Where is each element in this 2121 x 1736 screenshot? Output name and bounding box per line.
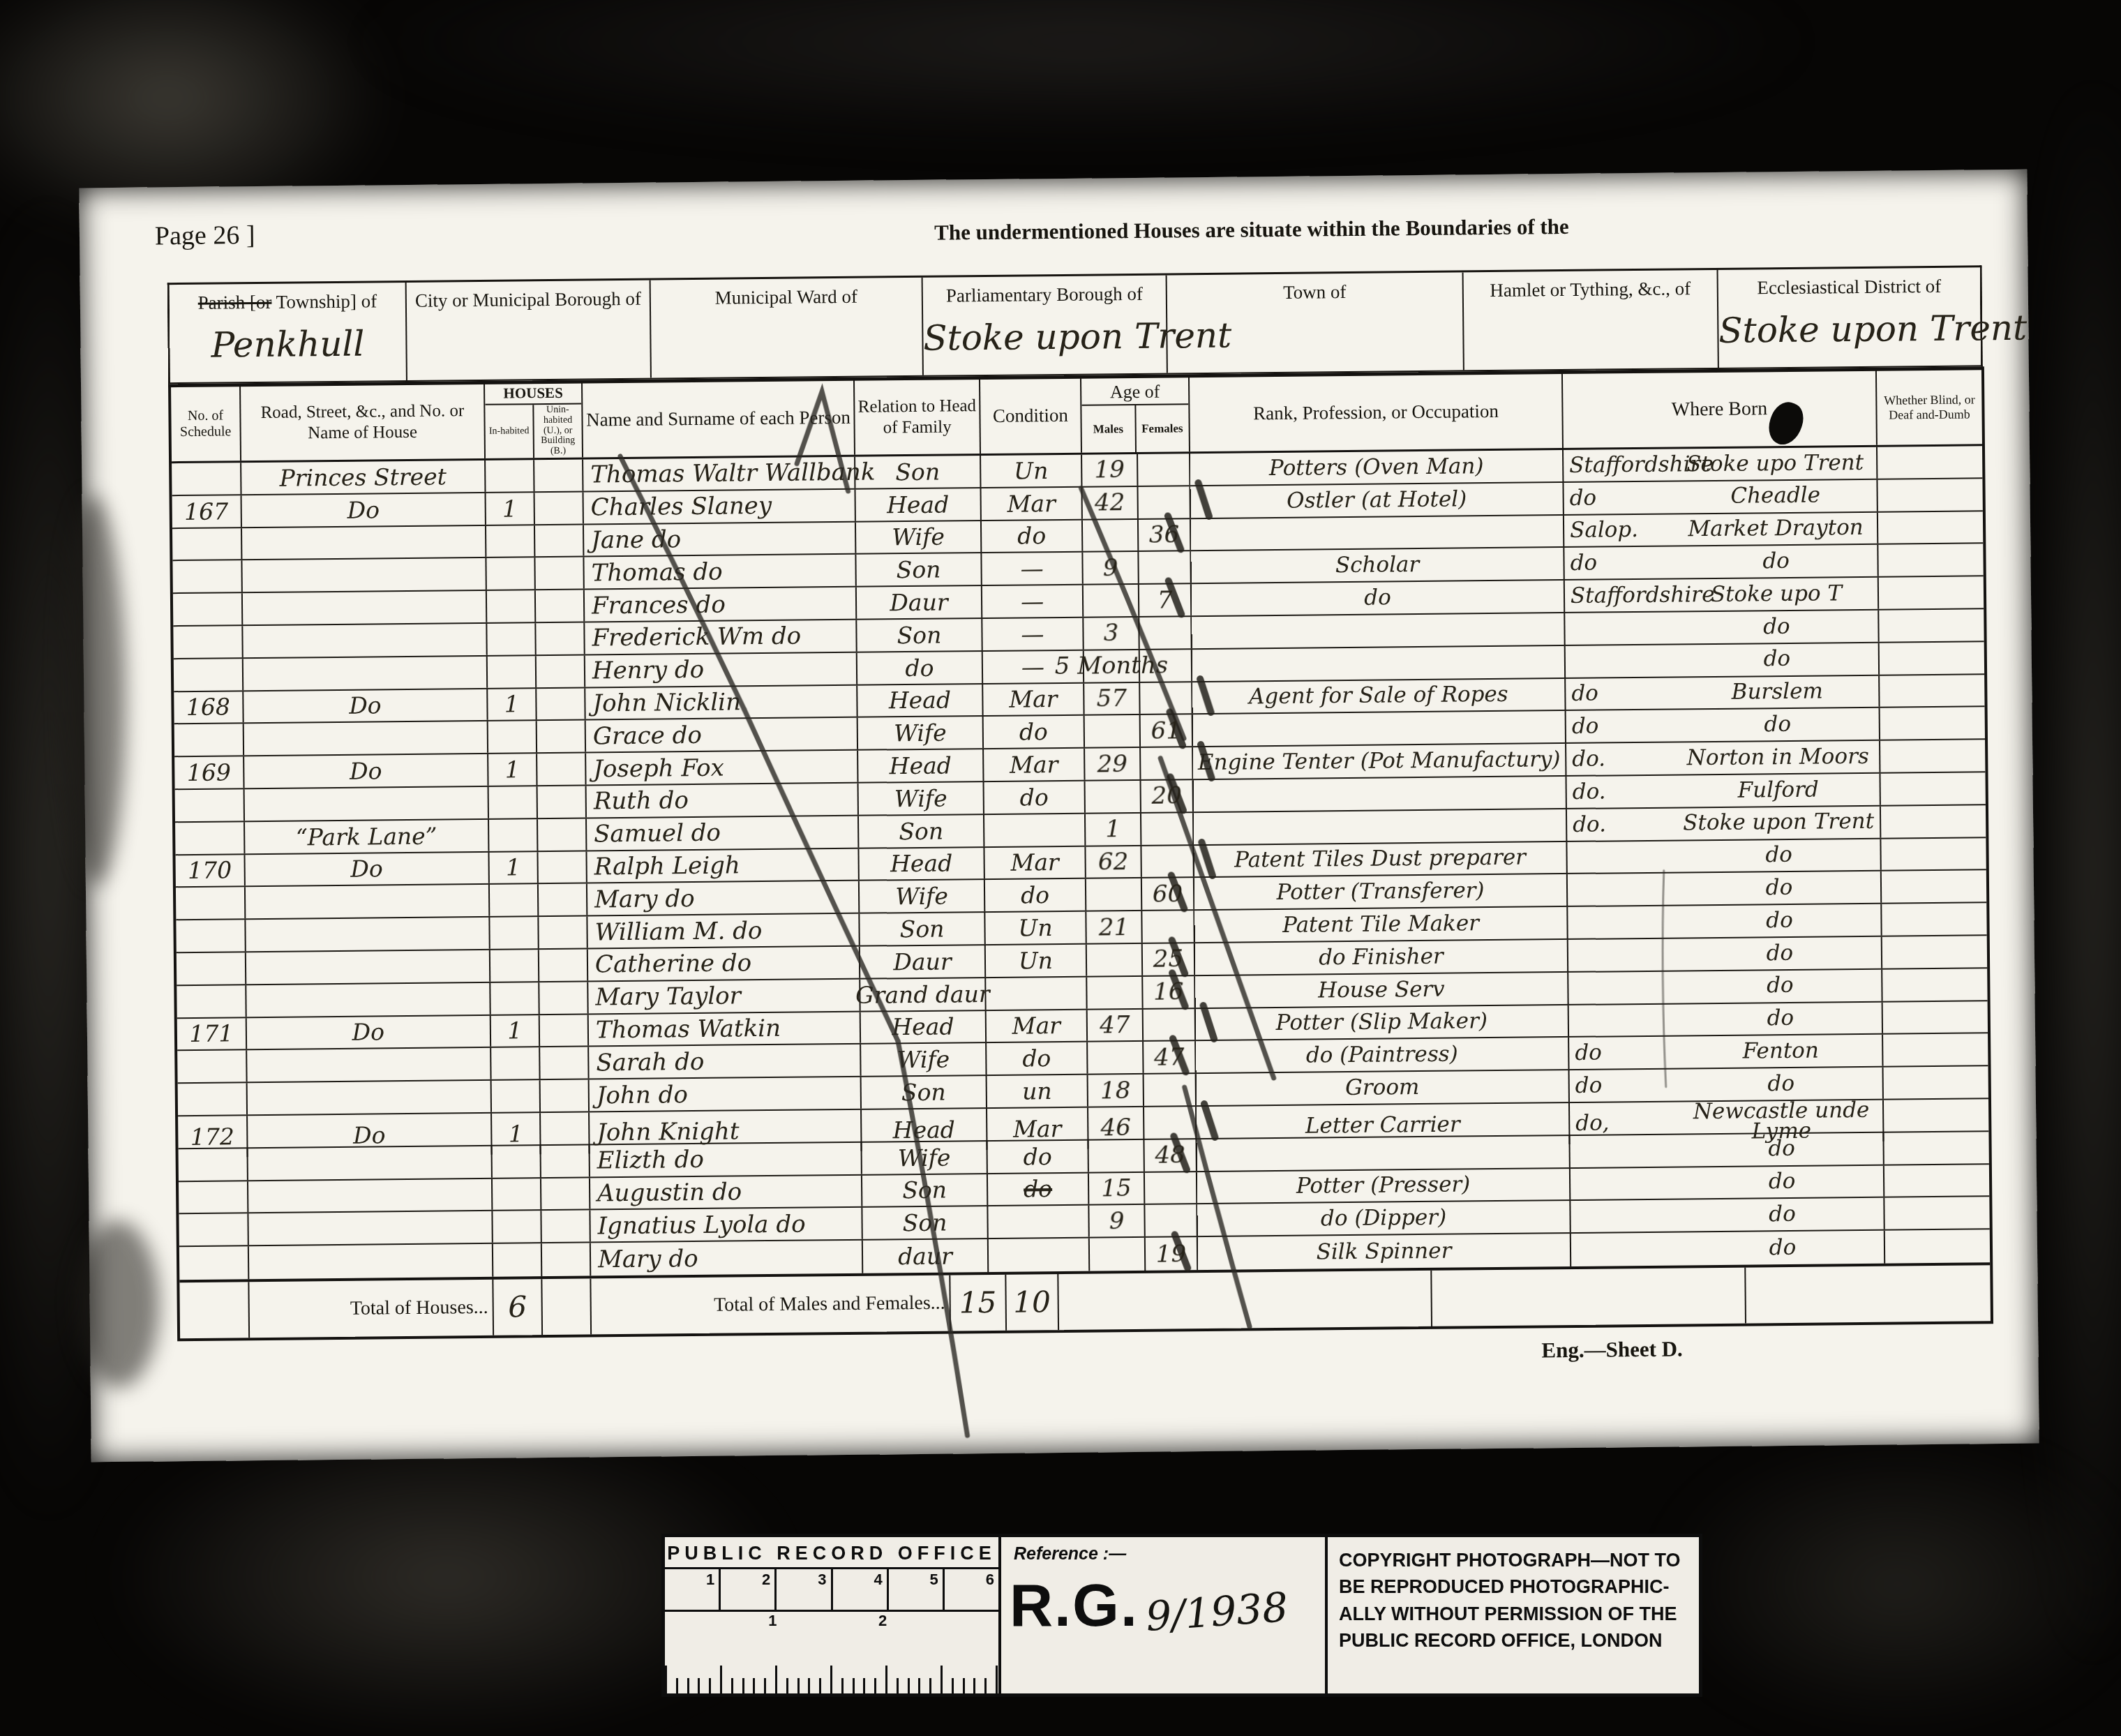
ruler-segment: 1 <box>665 1569 721 1610</box>
occupation-cell: Patent Tiles Dust preparer <box>1194 842 1567 877</box>
scan-noise <box>1661 1437 2121 1730</box>
street-cell <box>248 1178 493 1212</box>
location-cell-value: Stoke upon Trent <box>923 315 1167 358</box>
location-cell-label: Hamlet or Tything, &c., of <box>1464 277 1717 302</box>
name-cell: Frederick Wm do <box>585 620 857 654</box>
born-county <box>1565 628 1675 629</box>
location-cell-3: Parliamentary Borough ofStoke upon Trent <box>923 275 1168 375</box>
blind-cell <box>1878 479 1982 511</box>
schedule-cell: 171 <box>177 1018 247 1050</box>
condition-cell: do <box>985 879 1086 911</box>
age-female-cell <box>1140 682 1192 714</box>
uninhabited-cell <box>541 1145 590 1176</box>
blind-cell <box>1881 805 1986 837</box>
name-cell: Thomas Watkin <box>589 1012 861 1046</box>
age-female-cell: 47 <box>1144 1041 1196 1073</box>
condition-value: Mar <box>1013 1117 1062 1141</box>
born-county <box>1568 856 1678 858</box>
blind-cell <box>1882 936 1987 968</box>
born-county <box>1571 1215 1681 1217</box>
inhabited-cell <box>486 558 535 590</box>
born-cell: do <box>1568 904 1882 938</box>
condition-value: Un <box>1018 916 1052 939</box>
condition-cell: Un <box>986 945 1087 977</box>
born-cell: do.Stoke upon Trent <box>1567 806 1881 840</box>
born-county: do <box>1564 486 1674 509</box>
born-county <box>1568 955 1679 956</box>
born-county <box>1566 661 1676 662</box>
ruler-inch-label: 2 <box>878 1612 887 1630</box>
location-cell-label: Parliamentary Borough of <box>923 282 1166 307</box>
inhabited-cell <box>486 525 535 557</box>
occupation-cell <box>1191 516 1564 551</box>
age-female-cell: 20 <box>1141 780 1194 812</box>
name-cell: Samuel do <box>587 816 859 851</box>
inhabited-cell <box>492 1080 541 1112</box>
name-cell: Ignatius Lyola do <box>590 1208 862 1242</box>
inhabited-cell <box>490 950 539 981</box>
street-cell <box>246 918 490 951</box>
street-cell: Do <box>244 754 488 788</box>
age-male-cell <box>1088 1042 1144 1074</box>
ruler-segment: 2 <box>721 1569 777 1610</box>
born-county <box>1569 1019 1679 1021</box>
age-male-cell <box>1086 878 1142 911</box>
name-cell: Charles Slaney <box>584 490 856 524</box>
condition-cell: do <box>982 520 1083 552</box>
photo-background: Page 26 ] The undermentioned Houses are … <box>0 0 2121 1736</box>
condition-cell: do <box>988 1173 1089 1205</box>
location-cell-0: Parish [or Township] ofPenkhull <box>170 283 407 382</box>
born-place: do <box>1679 975 1881 997</box>
blind-cell <box>1884 1132 1988 1164</box>
age-male-cell: 62 <box>1086 846 1141 878</box>
street-cell <box>245 787 489 821</box>
uninhabited-cell <box>536 622 585 654</box>
schedule-cell <box>175 789 245 821</box>
reference-value: R.G. 9/1938 <box>1010 1576 1288 1636</box>
born-cell: do <box>1571 1165 1884 1199</box>
uninhabited-cell <box>535 558 584 589</box>
age-female-cell: 7 <box>1139 584 1192 616</box>
uninhabited-cell <box>539 949 588 980</box>
born-county <box>1568 889 1678 890</box>
blind-cell <box>1880 642 1984 674</box>
age-male-cell: 57 <box>1084 682 1140 714</box>
age-male-cell <box>1083 519 1139 551</box>
uninhabited-cell <box>541 1211 590 1242</box>
condition-cell: do <box>987 1042 1088 1075</box>
born-county <box>1568 987 1679 989</box>
total-females-value: 10 <box>1006 1274 1059 1331</box>
copyright-line: PUBLIC RECORD OFFICE, LONDON <box>1339 1627 1691 1654</box>
street-cell <box>242 558 486 592</box>
occupation-cell: do <box>1192 581 1565 615</box>
stamp-copyright-section: COPYRIGHT PHOTOGRAPH—NOT TOBE REPRODUCED… <box>1325 1537 1699 1693</box>
inhabited-cell <box>493 1211 541 1242</box>
age-female-cell <box>1141 846 1194 878</box>
inhabited-cell <box>490 917 539 948</box>
born-county: do <box>1570 1075 1680 1098</box>
blind-cell <box>1880 708 1985 740</box>
inhabited-cell <box>493 1178 541 1210</box>
age-female-cell <box>1141 747 1193 779</box>
blind-cell <box>1878 544 1983 576</box>
born-cell: doBurslem <box>1566 675 1880 710</box>
born-county: do. <box>1566 748 1677 771</box>
condition-value: do <box>1020 786 1049 809</box>
condition-value: Mar <box>1010 851 1059 874</box>
street-cell <box>244 721 488 755</box>
relation-cell: Daur <box>857 586 982 619</box>
name-cell: Mary do <box>591 1241 863 1276</box>
uninhabited-cell <box>535 525 584 556</box>
uninhabited-cell <box>541 1178 590 1209</box>
born-place: do <box>1679 1008 1882 1030</box>
age-female-cell: 19 <box>1146 1237 1198 1271</box>
paper-smudge <box>61 495 128 886</box>
born-cell: StaffordshireStoke upo T <box>1565 578 1879 612</box>
header-uninhabited: Unin-habited (U.), or Building (B.) <box>534 405 582 458</box>
street-cell: Do <box>245 852 489 885</box>
born-place: do <box>1680 1073 1882 1095</box>
schedule-cell <box>174 724 244 756</box>
age-male-cell <box>1086 781 1141 813</box>
blind-cell <box>1880 772 1985 805</box>
uninhabited-cell <box>540 1047 589 1079</box>
location-cell-label: Town of <box>1167 279 1462 304</box>
age-male-cell <box>1087 944 1143 976</box>
inhabited-cell <box>493 1243 542 1276</box>
condition-cell: un <box>987 1075 1088 1107</box>
born-place: do <box>1674 551 1877 573</box>
born-cell: do <box>1566 643 1880 677</box>
totals-spacer <box>1746 1266 1851 1323</box>
born-cell: do.Norton in Moors <box>1566 741 1880 775</box>
inhabited-cell <box>491 1047 540 1079</box>
born-county: Staffordshire <box>1565 585 1675 608</box>
page-title: The undermentioned Houses are situate wi… <box>680 211 1824 248</box>
occupation-cell <box>1194 777 1567 811</box>
born-cell: do <box>1571 1198 1884 1232</box>
inhabited-cell <box>490 885 539 916</box>
age-male-cell: 15 <box>1089 1172 1145 1204</box>
born-place: Burslem <box>1676 681 1878 703</box>
name-cell: Grace do <box>586 718 858 752</box>
location-cell-6: Ecclesiastical District ofStoke upon Tre… <box>1718 267 1981 368</box>
stamp-ruler-ticks: 1 2 <box>665 1612 998 1693</box>
blind-cell <box>1883 1034 1988 1066</box>
age-male-cell: 9 <box>1083 552 1139 584</box>
location-cell-value <box>651 318 922 321</box>
street-cell: “Park Lane” <box>245 820 489 853</box>
header-relation: Relation to Head of Family <box>855 379 981 455</box>
condition-value: — <box>1021 622 1044 645</box>
schedule-cell <box>179 1148 248 1181</box>
condition-cell: Mar <box>984 749 1085 781</box>
inhabited-cell <box>493 1146 541 1177</box>
born-place: Stoke upo T <box>1675 583 1878 606</box>
name-cell: Thomas Waltr Wallbank <box>583 457 855 491</box>
inhabited-cell <box>487 590 536 622</box>
condition-value: Mar <box>1010 753 1058 777</box>
born-place: Market Drayton <box>1674 518 1877 540</box>
condition-cell <box>986 977 1087 1009</box>
schedule-cell <box>172 561 242 593</box>
inhabited-cell <box>488 721 537 753</box>
name-cell: Ralph Leigh <box>587 848 859 883</box>
relation-cell: Son <box>857 619 982 652</box>
condition-value: Un <box>1019 949 1053 972</box>
relation-cell: Head <box>861 1011 987 1044</box>
condition-value: do <box>1019 720 1048 743</box>
census-page: Page 26 ] The undermentioned Houses are … <box>79 170 2039 1462</box>
condition-value: Mar <box>1009 687 1058 711</box>
name-cell: Augustin do <box>590 1175 862 1209</box>
schedule-cell <box>176 888 246 920</box>
born-cell: do <box>1568 871 1882 906</box>
schedule-cell <box>174 659 243 691</box>
schedule-cell <box>179 1246 249 1280</box>
street-cell <box>248 1081 492 1114</box>
occupation-cell <box>1192 646 1566 681</box>
age-male-cell: 5 Months <box>1084 650 1140 682</box>
relation-cell: Wife <box>862 1142 987 1174</box>
paper-smudge <box>75 1220 160 1388</box>
location-cell-1: City or Municipal Borough of <box>407 280 652 380</box>
uninhabited-cell <box>537 754 586 785</box>
uninhabited-cell <box>538 851 587 883</box>
condition-value: do <box>1024 1178 1052 1201</box>
uninhabited-cell <box>539 917 587 948</box>
born-cell: do <box>1568 937 1882 971</box>
age-male-cell: 19 <box>1082 454 1138 486</box>
inhabited-cell <box>489 819 538 851</box>
street-cell <box>246 983 490 1017</box>
occupation-cell: Agent for Sale of Ropes <box>1192 679 1566 714</box>
sheet-label: Eng.—Sheet D. <box>1541 1336 1683 1363</box>
street-cell: Do <box>247 1015 491 1049</box>
age-male-cell <box>1090 1238 1146 1271</box>
stamp-office-title: PUBLIC RECORD OFFICE <box>665 1537 998 1569</box>
uninhabited-cell <box>537 721 586 752</box>
born-county <box>1571 1151 1681 1152</box>
blind-cell <box>1879 576 1984 608</box>
condition-cell <box>989 1239 1090 1272</box>
occupation-cell: Groom <box>1197 1070 1570 1105</box>
occupation-cell: do (Paintress) <box>1196 1038 1569 1072</box>
name-cell: Mary Taylor <box>588 979 860 1013</box>
born-cell: StaffordshireStoke upo Trent <box>1564 447 1878 481</box>
stamp-reference-section: Reference :— R.G. 9/1938 <box>998 1537 1325 1693</box>
inhabited-cell <box>488 656 537 687</box>
born-cell: do.Fulford <box>1566 774 1880 808</box>
location-cell-value: Penkhull <box>170 323 406 366</box>
occupation-cell: Ostler (at Hotel) <box>1190 483 1564 518</box>
totals-spacer <box>179 1282 250 1338</box>
header-houses-label: HOUSES <box>485 383 581 405</box>
condition-cell: — <box>982 553 1083 585</box>
ruler-inch-label: 1 <box>768 1612 777 1630</box>
blind-cell <box>1878 446 1982 478</box>
blind-cell <box>1880 675 1984 707</box>
totals-spacer <box>1432 1268 1746 1326</box>
stamp-ruler-numbers: 123456 <box>665 1569 998 1612</box>
born-place: do <box>1677 844 1880 867</box>
schedule-cell: 168 <box>174 691 243 724</box>
born-place: Cheadle <box>1674 485 1877 507</box>
inhabited-cell <box>486 460 534 491</box>
born-cell: do <box>1565 611 1879 645</box>
relation-cell: daur <box>863 1239 989 1273</box>
street-cell <box>246 885 490 918</box>
reference-number: 9/1938 <box>1144 1583 1289 1640</box>
blind-cell <box>1884 1165 1989 1197</box>
blind-cell <box>1883 1001 1988 1033</box>
reference-series: R.G. <box>1010 1576 1139 1636</box>
born-cell: do <box>1570 1132 1884 1167</box>
header-born: Where Born <box>1563 371 1878 448</box>
totals-spacer <box>1058 1271 1432 1330</box>
born-place: do <box>1681 1204 1883 1226</box>
relation-cell: Son <box>860 913 985 945</box>
occupation-cell: House Serv <box>1195 973 1568 1008</box>
age-female-cell <box>1144 1009 1196 1041</box>
condition-value: Mar <box>1007 492 1056 516</box>
age-female-cell: 60 <box>1142 878 1194 911</box>
street-cell <box>242 525 486 559</box>
schedule-cell: 167 <box>172 495 242 527</box>
location-cell-value <box>407 321 650 323</box>
born-place: do <box>1681 1236 1884 1259</box>
schedule-cell <box>175 822 245 854</box>
scan-noise <box>349 0 1814 140</box>
uninhabited-cell <box>541 1080 590 1112</box>
street-cell: Do <box>243 689 488 722</box>
street-cell <box>247 1048 491 1082</box>
name-cell: Catherine do <box>588 947 860 981</box>
age-female-cell <box>1138 454 1190 486</box>
relation-cell: Son <box>856 553 982 586</box>
name-cell: Elizth do <box>590 1142 862 1176</box>
occupation-cell: Potter (Slip Maker) <box>1196 1005 1569 1040</box>
location-cell-label: Ecclesiastical District of <box>1718 274 1980 299</box>
relation-cell: Daur <box>860 945 986 978</box>
age-male-cell: 3 <box>1084 618 1139 650</box>
blind-cell <box>1879 609 1984 641</box>
age-female-cell <box>1138 486 1190 518</box>
age-female-cell: 61 <box>1141 715 1193 747</box>
ruler-segment: 4 <box>833 1569 889 1610</box>
born-cell: dodo <box>1570 1068 1884 1102</box>
location-cell-label: Municipal Ward of <box>651 285 922 310</box>
born-cell: Salop.Market Drayton <box>1564 512 1878 546</box>
occupation-cell: Silk Spinner <box>1198 1234 1571 1270</box>
age-female-cell <box>1145 1172 1197 1204</box>
uninhabited-cell <box>539 884 587 915</box>
age-female-cell <box>1144 1074 1197 1106</box>
relation-cell: Head <box>857 684 983 717</box>
relation-cell: do <box>857 652 983 684</box>
born-county: Staffordshire <box>1564 454 1674 477</box>
born-cell: do <box>1569 1002 1883 1036</box>
born-cell: do <box>1571 1231 1885 1266</box>
header-road: Road, Street, &c., and No. or Name of Ho… <box>241 384 486 461</box>
name-cell: John Nicklin <box>585 685 857 719</box>
schedule-cell <box>173 626 243 658</box>
born-cell: do <box>1568 969 1882 1003</box>
condition-cell: Mar <box>981 487 1082 519</box>
condition-cell: — <box>982 585 1084 618</box>
name-cell: Mary do <box>587 881 860 915</box>
born-place: do <box>1678 910 1880 932</box>
schedule-cell <box>172 528 242 560</box>
relation-cell: Wife <box>860 880 985 913</box>
location-cell-value: Stoke upon Trent <box>1718 308 1981 351</box>
age-female-cell: 16 <box>1143 976 1195 1008</box>
born-cell: do <box>1567 839 1881 873</box>
schedule-cell <box>177 1051 247 1083</box>
condition-value: Mar <box>1012 1014 1061 1038</box>
relation-cell: Son <box>862 1174 988 1207</box>
born-county <box>1571 1183 1681 1184</box>
location-cell-value <box>1464 310 1717 313</box>
born-county <box>1571 1249 1681 1250</box>
born-place: do <box>1677 714 1879 736</box>
uninhabited-cell <box>540 1015 589 1046</box>
born-cell: dodo <box>1566 708 1880 742</box>
uninhabited-cell <box>538 818 587 850</box>
header-blind: Whether Blind, or Deaf and-Dumb <box>1877 369 1982 444</box>
condition-value: do <box>1021 883 1049 906</box>
uninhabited-cell <box>539 982 588 1013</box>
condition-value: — <box>1021 590 1044 613</box>
street-cell: Do <box>242 493 486 527</box>
schedule-cell <box>176 920 246 952</box>
name-cell: Thomas do <box>584 555 856 589</box>
occupation-cell: do (Dipper) <box>1197 1201 1571 1236</box>
location-cell-2: Municipal Ward of <box>651 278 924 378</box>
header-condition: Condition <box>980 378 1082 454</box>
inhabited-cell: 1 <box>488 689 537 720</box>
blind-cell <box>1884 1066 1988 1098</box>
scan-noise <box>2037 70 2121 1675</box>
born-place: Norton in Moors <box>1677 747 1879 769</box>
born-cell: dodo <box>1564 545 1878 579</box>
total-mf-label: Total of Males and Females... <box>591 1275 951 1334</box>
street-cell <box>243 657 488 690</box>
born-place: Fenton <box>1679 1040 1882 1063</box>
name-cell: Frances do <box>585 588 857 622</box>
copyright-line: COPYRIGHT PHOTOGRAPH—NOT TO <box>1339 1547 1691 1573</box>
totals-spacer <box>542 1278 592 1335</box>
street-cell <box>243 624 487 657</box>
blind-cell <box>1882 903 1986 935</box>
uninhabited-cell <box>542 1243 591 1276</box>
table-body: Princes StreetThomas Waltr WallbankSonUn… <box>172 446 1990 1280</box>
condition-cell: Mar <box>987 1010 1088 1042</box>
header-name: Name and Surname of each Person <box>583 380 855 458</box>
age-male-cell: 21 <box>1086 911 1142 943</box>
occupation-cell: Potter (Transferer) <box>1194 874 1568 909</box>
born-place: Stoke upo Trent <box>1674 452 1876 474</box>
copyright-line: ALLY WITHOUT PERMISSION OF THE <box>1339 1601 1691 1627</box>
born-county: do <box>1566 715 1677 738</box>
name-cell: Sarah do <box>589 1045 861 1079</box>
born-place: do <box>1675 615 1878 638</box>
occupation-cell <box>1197 1136 1570 1171</box>
condition-value: do <box>1017 525 1046 548</box>
